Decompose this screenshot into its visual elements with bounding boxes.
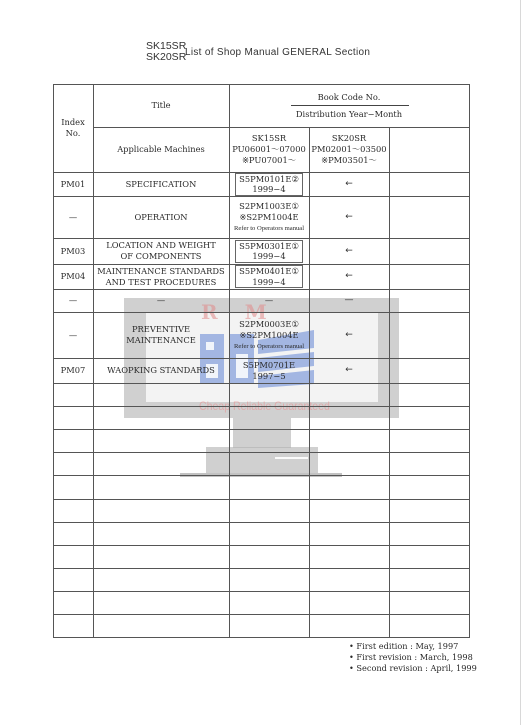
header-machine-sk15sr: SK15SRPU06001〜07000※PU07001〜	[229, 127, 309, 172]
book-code-box: S5PM0301E①1999−4	[235, 240, 303, 263]
grid-line-h	[53, 475, 470, 476]
book-code: —	[345, 295, 354, 306]
manual-title: LOCATION AND WEIGHT OF COMPONENTS	[106, 240, 216, 262]
row-sk15-code: S5PM0301E①1999−4	[229, 238, 309, 264]
watermark-slogan: Cheap Reliable Guaranteed	[199, 399, 330, 413]
edition-second-revision: • Second revision : April, 1999	[349, 663, 477, 674]
header-index-label: Index No.	[61, 117, 85, 139]
book-code-line: S5PM0101E②	[239, 174, 299, 185]
book-code-line: S5PM0701E	[243, 360, 295, 371]
book-code-note: Refer to Operators manual	[234, 341, 304, 352]
row-blank	[389, 196, 469, 238]
book-code-line: 1999−4	[239, 184, 299, 195]
header-applicable-label: Applicable Machines	[117, 144, 205, 155]
book-code-line: S2PM0003E①	[234, 319, 304, 330]
row-sk15-code: —	[229, 289, 309, 312]
header-book-code-label: Book Code No.	[318, 92, 381, 103]
index-no: PM07	[61, 365, 86, 376]
row-index: PM07	[53, 358, 93, 383]
row-blank	[389, 238, 469, 264]
same-as-left-arrow-icon: ←	[345, 246, 353, 257]
row-sk20-code: ←	[309, 238, 389, 264]
index-no: PM03	[61, 246, 86, 257]
manual-title: —	[157, 295, 165, 306]
same-as-left-arrow-icon: ←	[345, 212, 353, 223]
manual-title: WAOPKING STANDARDS	[107, 365, 215, 376]
row-index: —	[53, 312, 93, 358]
index-no: —	[69, 212, 77, 223]
model-names: SK15SR SK20SR	[146, 41, 186, 63]
row-index: —	[53, 196, 93, 238]
edition-first-revision: • First revision : March, 1998	[349, 652, 477, 663]
row-title: WAOPKING STANDARDS	[93, 358, 229, 383]
manual-title: OPERATION	[134, 212, 187, 223]
row-index: —	[53, 289, 93, 312]
row-sk15-code: S5PM0101E②1999−4	[229, 172, 309, 196]
grid-line-h	[53, 545, 470, 546]
watermark-monitor-base	[206, 447, 318, 473]
row-index: PM03	[53, 238, 93, 264]
index-no: —	[69, 330, 77, 341]
book-code: S2PM1003E①※S2PM1004ERefer to Operators m…	[234, 201, 304, 234]
header-distribution-label: Distribution Year−Month	[296, 109, 402, 120]
grid-line-h	[53, 383, 470, 384]
edition-first: • First edition : May, 1997	[349, 641, 477, 652]
grid-line-h	[53, 637, 470, 638]
row-sk15-code: S5PM0401E①1999−4	[229, 264, 309, 289]
row-title: OPERATION	[93, 196, 229, 238]
row-sk20-code: ←	[309, 196, 389, 238]
book-code-line: 1999−4	[239, 277, 299, 288]
machine-model: SK15SR	[252, 133, 286, 144]
edition-notes: • First edition : May, 1997 • First revi…	[349, 641, 477, 674]
row-sk15-code: S2PM1003E①※S2PM1004ERefer to Operators m…	[229, 196, 309, 238]
book-code-line: ※S2PM1004E	[234, 212, 304, 223]
grid-line-h	[53, 614, 470, 615]
row-blank	[389, 264, 469, 289]
header-title: Title	[93, 84, 229, 127]
watermark-monitor-foot	[180, 473, 342, 477]
watermark-monitor-neck	[233, 418, 291, 448]
row-blank	[389, 312, 469, 358]
book-code-line: S5PM0301E①	[239, 241, 299, 252]
grid-line-h	[53, 568, 470, 569]
book-code-note: Refer to Operators manual	[234, 223, 304, 234]
same-as-left-arrow-icon: ←	[345, 271, 353, 282]
row-title: LOCATION AND WEIGHT OF COMPONENTS	[93, 238, 229, 264]
machine-model: SK20SR	[332, 133, 366, 144]
index-no: PM01	[61, 179, 86, 190]
grid-line-v	[469, 84, 470, 638]
row-sk15-code: S5PM0701E1997−5	[229, 358, 309, 383]
same-as-left-arrow-icon: ←	[345, 330, 353, 341]
book-code-box: S5PM0101E②1999−4	[235, 173, 303, 196]
row-title: MAINTENANCE STANDARDS AND TEST PROCEDURE…	[93, 264, 229, 289]
row-sk20-code: ←	[309, 264, 389, 289]
book-code-line: 1997−5	[243, 371, 295, 382]
book-code-line: ※S2PM1004E	[234, 330, 304, 341]
index-no: PM04	[61, 271, 86, 282]
grid-line-h	[53, 591, 470, 592]
manual-title: SPECIFICATION	[126, 179, 197, 190]
row-sk20-code: ←	[309, 358, 389, 383]
same-as-left-arrow-icon: ←	[345, 365, 353, 376]
book-code-line: S5PM0401E①	[239, 266, 299, 277]
row-title: PREVENTIVE MAINTENANCE	[93, 312, 229, 358]
manual-title: MAINTENANCE STANDARDS AND TEST PROCEDURE…	[97, 266, 224, 288]
grid-line-h	[53, 452, 470, 453]
row-blank	[389, 289, 469, 312]
header-book-code: Book Code No.Distribution Year−Month	[229, 84, 469, 127]
machine-serial-range: PU06001〜07000	[232, 144, 306, 155]
row-sk15-code: S2PM0003E①※S2PM1004ERefer to Operators m…	[229, 312, 309, 358]
model-sk20sr: SK20SR	[146, 52, 186, 63]
row-sk20-code: —	[309, 289, 389, 312]
manual-title: PREVENTIVE MAINTENANCE	[126, 324, 196, 346]
book-code: S5PM0701E1997−5	[243, 360, 295, 382]
header-machine-sk20sr: SK20SRPM02001〜03500※PM03501〜	[309, 127, 389, 172]
row-title: SPECIFICATION	[93, 172, 229, 196]
machine-serial-range: PM02001〜03500	[311, 144, 386, 155]
header-index: Index No.	[53, 84, 93, 172]
header-title-label: Title	[151, 100, 170, 111]
book-code-box: S5PM0401E①1999−4	[235, 265, 303, 288]
grid-line-h	[53, 499, 470, 500]
machine-serial-from: ※PM03501〜	[321, 155, 377, 166]
book-code: S2PM0003E①※S2PM1004ERefer to Operators m…	[234, 319, 304, 352]
book-code-line: S2PM1003E①	[234, 201, 304, 212]
grid-line-h	[53, 429, 470, 430]
row-index: PM01	[53, 172, 93, 196]
row-sk20-code: ←	[309, 172, 389, 196]
row-blank	[389, 172, 469, 196]
header-applicable: Applicable Machines	[93, 127, 229, 172]
index-no: —	[69, 295, 77, 306]
row-sk20-code: ←	[309, 312, 389, 358]
grid-line-h	[53, 522, 470, 523]
book-code: —	[265, 295, 273, 306]
machine-serial-from: ※PU07001〜	[242, 155, 296, 166]
book-code-line: —	[265, 295, 273, 306]
watermark-monitor-slot	[275, 457, 308, 459]
row-blank	[389, 358, 469, 383]
page-title: List of Shop Manual GENERAL Section	[185, 47, 370, 58]
row-index: PM04	[53, 264, 93, 289]
row-title: —	[93, 289, 229, 312]
same-as-left-arrow-icon: ←	[345, 179, 353, 190]
book-code-line: 1999−4	[239, 251, 299, 262]
grid-line-h	[53, 406, 470, 407]
